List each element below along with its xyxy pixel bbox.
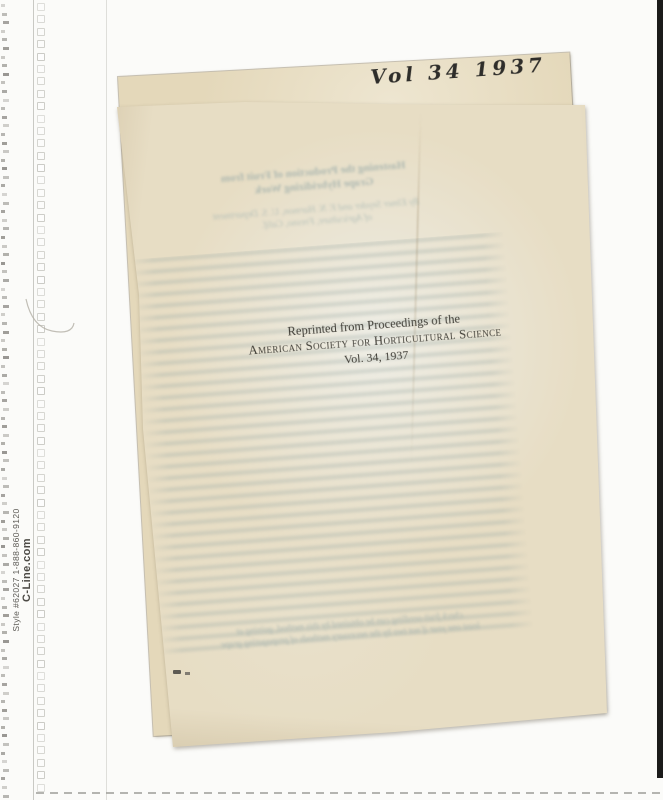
sleeve-branding: Style #62027 1-888-860-9120 C-Line.com xyxy=(2,485,42,655)
scan-speck xyxy=(185,672,190,675)
scan-speck xyxy=(173,670,181,674)
sleeve-seam-line xyxy=(33,0,34,800)
sleeve-bottom-seam xyxy=(36,792,663,794)
binder-holes xyxy=(36,0,46,800)
binder-ticks xyxy=(1,0,9,800)
scan-root: { "document": { "handwritten_note": "Vol… xyxy=(0,0,663,800)
showthrough-body-text xyxy=(130,232,534,661)
paper-fiber xyxy=(22,293,78,341)
cover-paper: Hastening the Production of Fruit from G… xyxy=(95,45,615,755)
showthrough-heading: Hastening the Production of Fruit from G… xyxy=(173,155,457,239)
sleeve-style-number: Style #62027 1-888-860-9120 xyxy=(11,508,21,631)
sleeve-brand: C-Line.com xyxy=(21,538,33,602)
cover-page: Hastening the Production of Fruit from G… xyxy=(95,45,615,755)
scanner-edge xyxy=(657,0,663,778)
